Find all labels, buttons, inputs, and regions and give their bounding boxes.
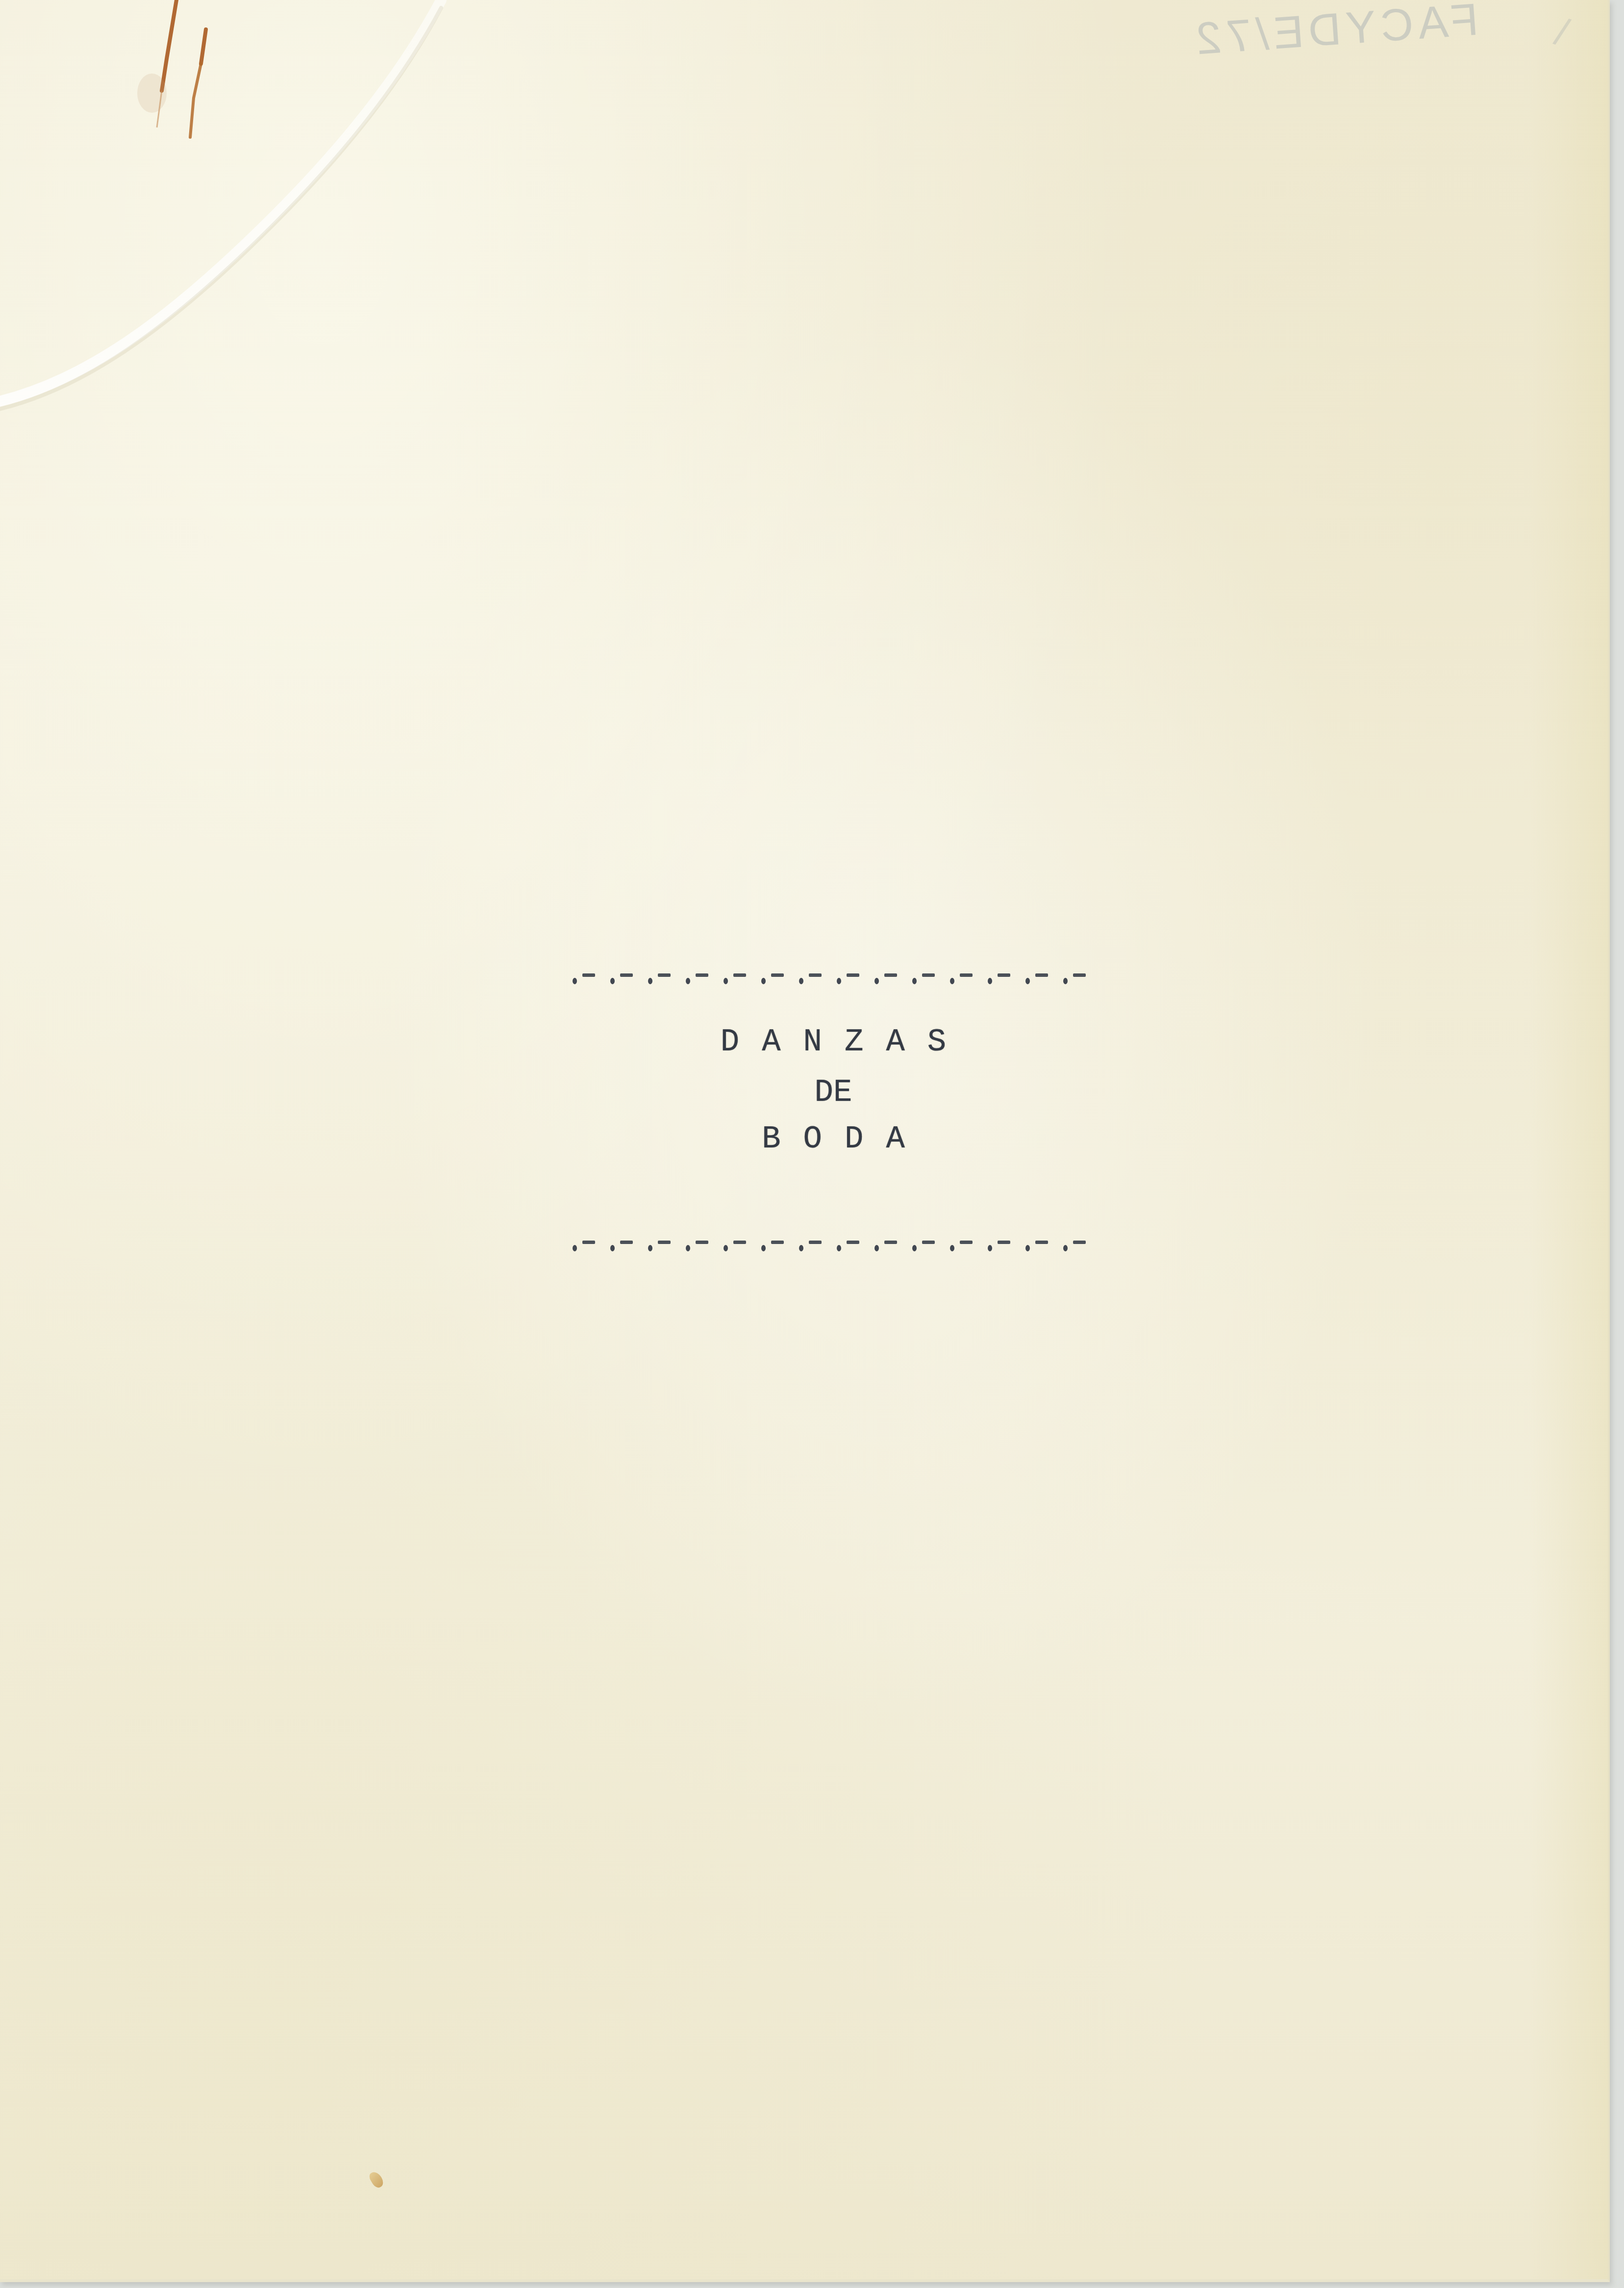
- ornament-unit: [682, 1235, 720, 1255]
- ornament-unit: [984, 968, 1022, 988]
- rust-staple-marks: [132, 0, 240, 255]
- title-line-danzas: DANZAS: [569, 1027, 1098, 1058]
- ornament-unit: [871, 968, 908, 988]
- ornament-unit: [1022, 968, 1059, 988]
- ornament-unit: [871, 1235, 908, 1255]
- archival-pencil-mark: FACYDE/72: [1190, 0, 1480, 65]
- ornament-unit: [984, 1235, 1022, 1255]
- ornament-unit: [1059, 968, 1097, 988]
- ornament-rule-top: [569, 968, 1098, 988]
- ornament-unit: [606, 968, 644, 988]
- ornament-unit: [1059, 1235, 1097, 1255]
- title-line-de: DE: [569, 1077, 1098, 1109]
- paper-speck: [368, 2170, 385, 2189]
- paper-sheet: FACYDE/72 / DANZAS DE BODA: [0, 0, 1610, 2282]
- title-block: DANZAS DE BODA: [569, 968, 1098, 1262]
- ornament-unit: [757, 968, 795, 988]
- ornament-unit: [908, 1235, 946, 1255]
- ornament-unit: [833, 1235, 871, 1255]
- ornament-unit: [1022, 1235, 1059, 1255]
- ornament-unit: [644, 1235, 682, 1255]
- ornament-unit: [569, 1235, 606, 1255]
- archival-pencil-tick: /: [1549, 9, 1574, 55]
- ornament-unit: [946, 1235, 984, 1255]
- ornament-unit: [720, 1235, 757, 1255]
- ornament-unit: [908, 968, 946, 988]
- ornament-unit: [757, 1235, 795, 1255]
- ornament-unit: [833, 968, 871, 988]
- ornament-rule-bottom: [569, 1235, 1098, 1255]
- ornament-unit: [795, 1235, 833, 1255]
- ornament-unit: [682, 968, 720, 988]
- ornament-unit: [606, 1235, 644, 1255]
- ornament-unit: [569, 968, 606, 988]
- fold-crease: [0, 0, 461, 441]
- ornament-unit: [795, 968, 833, 988]
- ornament-unit: [720, 968, 757, 988]
- ornament-unit: [644, 968, 682, 988]
- ornament-unit: [946, 968, 984, 988]
- title-line-boda: BODA: [569, 1124, 1098, 1155]
